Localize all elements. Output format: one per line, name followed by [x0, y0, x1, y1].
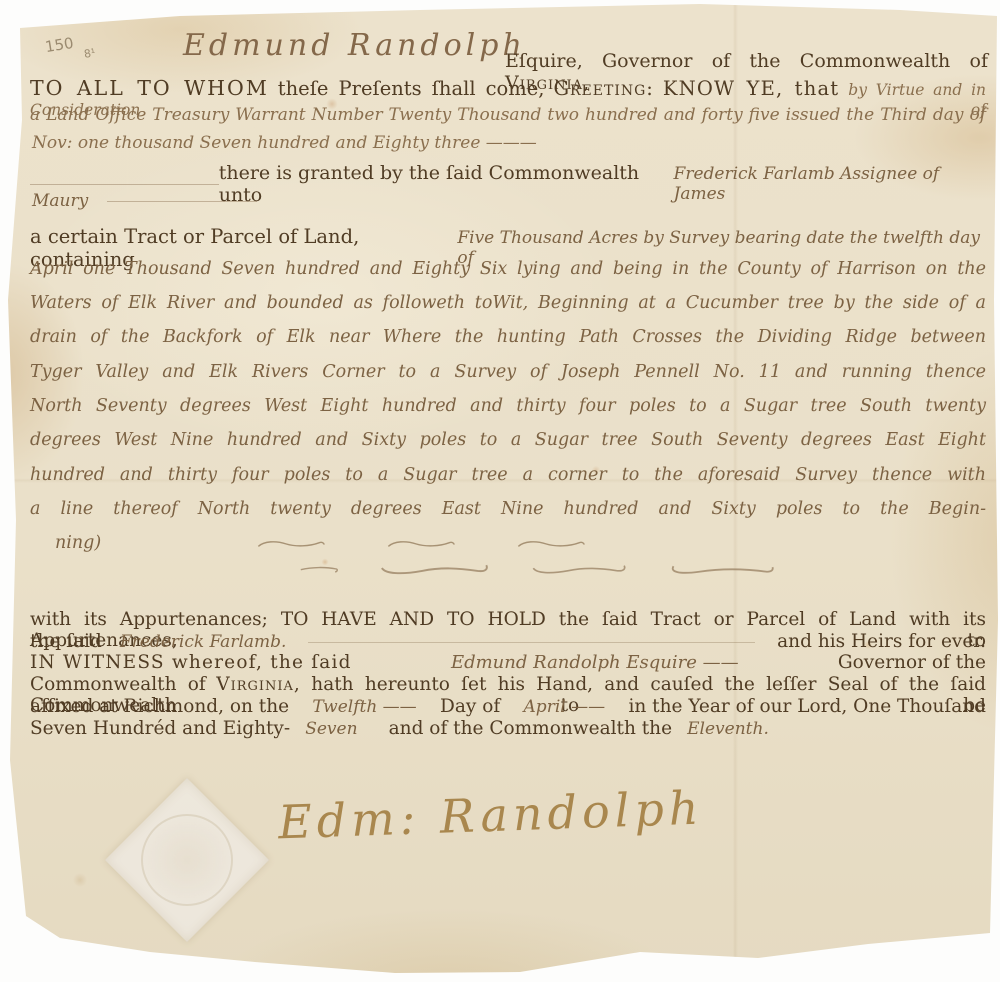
warrant-line-1: a Land Office Treasury Warrant Number Tw…: [30, 105, 986, 125]
commonwealth-a: Commonwealth of: [30, 674, 206, 695]
flourish-row: [298, 560, 778, 578]
governor-name-script-2: Edmund Randolph Esquire ——: [451, 652, 739, 673]
document-scan: 150 8¹ 148 Edmund Randolph Eſquire, Gove…: [0, 0, 1000, 982]
commonwealth-year-script: Eleventh.: [687, 719, 769, 739]
governor-signature: Edm: Randolph: [277, 781, 704, 850]
year2-script: Seven: [305, 719, 357, 739]
governor-of-print: Governor of the: [838, 652, 986, 673]
witness-line-1: IN WITNESS whereof, the ſaid Edmund Rand…: [30, 652, 986, 673]
heirs-print: and his Heirs for ever.: [777, 631, 986, 652]
in-witness-print: IN WITNESS whereof, the ſaid: [30, 652, 352, 673]
embossed-seal-circle-icon: [122, 795, 252, 925]
greeting-word: Greeting:: [553, 77, 653, 100]
description-last-line: ning): [55, 533, 586, 553]
granted-print: there is granted by the ſaid Commonwealt…: [219, 162, 674, 206]
description-line: April one Thousand Seven hundred and Eig…: [30, 259, 986, 279]
description-line: a line thereof North twenty degrees East…: [30, 499, 986, 519]
year2-print: Seven Hundréd and Eighty-: [30, 718, 290, 739]
description-line: Waters of Elk River and bounded as follo…: [30, 293, 986, 313]
address-caps: TO ALL TO WHOM: [30, 76, 269, 100]
title-text: Eſquire, Governor of the Commonwealth of: [505, 50, 988, 72]
flourish-icon: [378, 560, 493, 578]
address-mid: theſe Preſents ſhall come,: [278, 77, 545, 100]
year-print: in the Year of our Lord, One Thouſand: [628, 696, 986, 717]
flourish-icon: [530, 560, 630, 578]
paper-seal: [105, 778, 269, 942]
grantee-line-2: Maury: [32, 191, 257, 211]
flourish-icon: [516, 536, 586, 552]
description-line: Tyger Valley and Elk Rivers Corner to a …: [30, 362, 986, 382]
habendum-line-2: the ſaid Frederick Farlamb. and his Heir…: [30, 631, 986, 652]
witness-line-3: affixed at Richmond, on the Twelfth —— D…: [30, 696, 986, 717]
affixed-print: affixed at Richmond, on the: [30, 696, 289, 717]
flourish-icon: [298, 561, 340, 577]
blank-rule: [107, 201, 257, 202]
day-script: Twelfth ——: [312, 697, 416, 717]
description-line: hundred and thirty four poles to a Sugar…: [30, 465, 986, 485]
know-ye: KNOW YE, that: [663, 77, 840, 100]
description-line: ning): [55, 533, 101, 553]
the-said-print: the ſaid: [30, 631, 102, 652]
pencil-notation-top: 150: [44, 34, 75, 56]
grantee-name-script: Frederick Farlamb.: [120, 632, 287, 652]
witness-line-4: Seven Hundréd and Eighty- Seven and of t…: [30, 718, 769, 739]
grantee-script-2: Maury: [32, 191, 88, 211]
commonwealth-virginia: Virginia,: [216, 674, 301, 695]
month-script: April ——: [524, 697, 606, 717]
grantee-script: Frederick Farlamb Assignee of James: [674, 164, 986, 204]
flourish-icon: [668, 560, 778, 578]
flourish-icon: [386, 536, 456, 552]
description-line: drain of the Backfork of Elk near Where …: [30, 327, 986, 347]
blank-rule: [30, 184, 219, 185]
blank-rule: [308, 641, 755, 643]
parchment-page: 150 8¹ 148 Edmund Randolph Eſquire, Gove…: [0, 0, 1000, 982]
day-of-print: Day of: [440, 696, 500, 717]
governor-name-script: Edmund Randolph: [183, 28, 526, 63]
pencil-notation-bottom: 148: [23, 928, 50, 947]
commonwealth-print: and of the Commonwealth the: [389, 718, 672, 739]
flourish-icon: [256, 536, 326, 552]
description-line: North Seventy degrees West Eight hundred…: [30, 396, 986, 416]
pencil-notation-top-sub: 8¹: [83, 46, 96, 61]
description-line: degrees West Nine hundred and Sixty pole…: [30, 430, 986, 450]
warrant-line-2: Nov: one thousand Seven hundred and Eigh…: [32, 133, 537, 153]
